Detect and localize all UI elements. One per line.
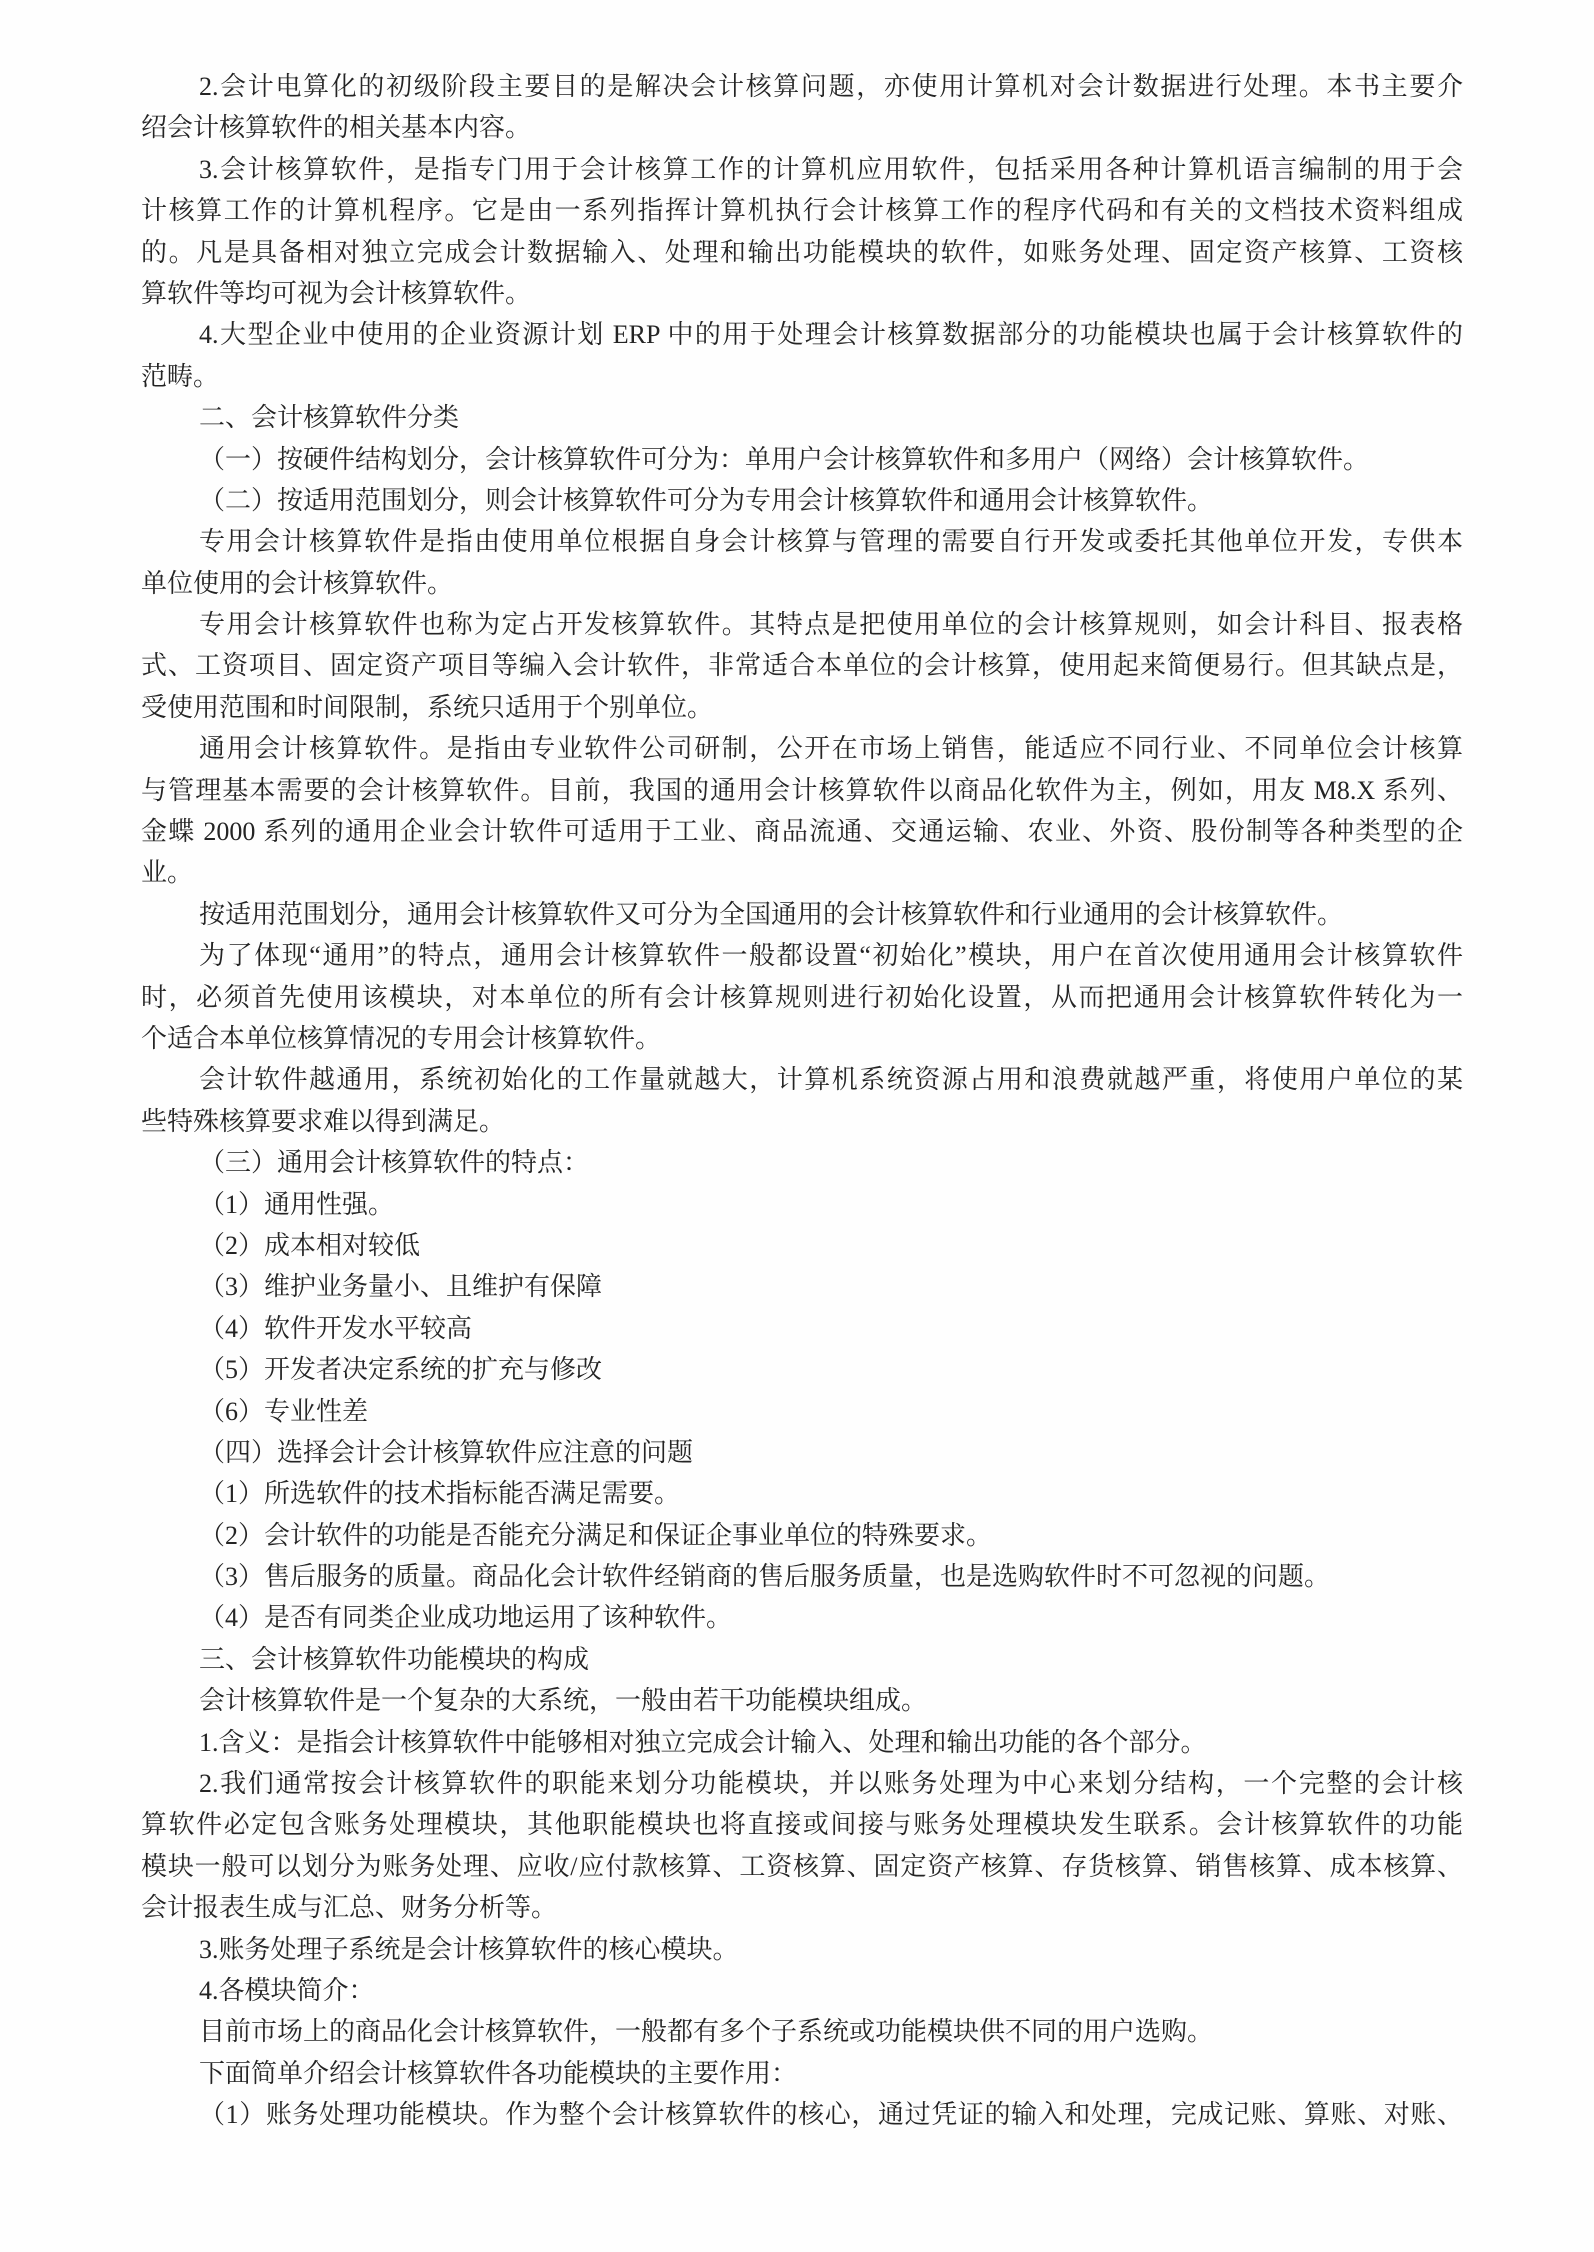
text-line: 与管理基本需要的会计核算软件。目前，我国的通用会计核算软件以商品化软件为主，例如… bbox=[141, 770, 1463, 811]
text-line: 2.我们通常按会计核算软件的职能来划分功能模块，并以账务处理为中心来划分结构，一… bbox=[141, 1763, 1463, 1804]
text-line: （4）软件开发水平较高 bbox=[141, 1308, 1463, 1349]
text-line: 1.含义：是指会计核算软件中能够相对独立完成会计输入、处理和输出功能的各个部分。 bbox=[141, 1722, 1463, 1763]
text-line: 会计软件越通用，系统初始化的工作量就越大，计算机系统资源占用和浪费就越严重，将使… bbox=[141, 1059, 1463, 1100]
text-line: 3.会计核算软件，是指专门用于会计核算工作的计算机应用软件，包括采用各种计算机语… bbox=[141, 149, 1463, 190]
text-line: 为了体现“通用”的特点，通用会计核算软件一般都设置“初始化”模块，用户在首次使用… bbox=[141, 935, 1463, 976]
text-line: 4.各模块简介： bbox=[141, 1970, 1463, 2011]
text-line: 目前市场上的商品化会计核算软件，一般都有多个子系统或功能模块供不同的用户选购。 bbox=[141, 2011, 1463, 2052]
text-line: 模块一般可以划分为账务处理、应收/应付款核算、工资核算、固定资产核算、存货核算、… bbox=[141, 1846, 1463, 1887]
text-line: 单位使用的会计核算软件。 bbox=[141, 563, 1463, 604]
text-line: 4.大型企业中使用的企业资源计划 ERP 中的用于处理会计核算数据部分的功能模块… bbox=[141, 314, 1463, 355]
text-line: 个适合本单位核算情况的专用会计核算软件。 bbox=[141, 1018, 1463, 1059]
text-line: （2）成本相对较低 bbox=[141, 1225, 1463, 1266]
text-line: （4）是否有同类企业成功地运用了该种软件。 bbox=[141, 1597, 1463, 1638]
text-line: 金蝶 2000 系列的通用企业会计软件可适用于工业、商品流通、交通运输、农业、外… bbox=[141, 811, 1463, 852]
text-line: （二）按适用范围划分，则会计核算软件可分为专用会计核算软件和通用会计核算软件。 bbox=[141, 480, 1463, 521]
text-line: 二、会计核算软件分类 bbox=[141, 397, 1463, 438]
text-line: （3）售后服务的质量。商品化会计软件经销商的售后服务质量，也是选购软件时不可忽视… bbox=[141, 1556, 1463, 1597]
text-line: 通用会计核算软件。是指由专业软件公司研制，公开在市场上销售，能适应不同行业、不同… bbox=[141, 728, 1463, 769]
text-line: （2）会计软件的功能是否能充分满足和保证企事业单位的特殊要求。 bbox=[141, 1515, 1463, 1556]
text-line: 三、会计核算软件功能模块的构成 bbox=[141, 1639, 1463, 1680]
text-line: 会计报表生成与汇总、财务分析等。 bbox=[141, 1887, 1463, 1928]
text-line: 范畴。 bbox=[141, 356, 1463, 397]
text-line: （1）所选软件的技术指标能否满足需要。 bbox=[141, 1473, 1463, 1514]
text-line: 会计核算软件是一个复杂的大系统，一般由若干功能模块组成。 bbox=[141, 1680, 1463, 1721]
text-line: 受使用范围和时间限制，系统只适用于个别单位。 bbox=[141, 687, 1463, 728]
text-line: （3）维护业务量小、且维护有保障 bbox=[141, 1266, 1463, 1307]
text-line: 2.会计电算化的初级阶段主要目的是解决会计核算问题，亦使用计算机对会计数据进行处… bbox=[141, 66, 1463, 107]
document-page: 2.会计电算化的初级阶段主要目的是解决会计核算问题，亦使用计算机对会计数据进行处… bbox=[0, 0, 1594, 2252]
text-line: 式、工资项目、固定资产项目等编入会计软件，非常适合本单位的会计核算，使用起来简便… bbox=[141, 645, 1463, 686]
document-text: 2.会计电算化的初级阶段主要目的是解决会计核算问题，亦使用计算机对会计数据进行处… bbox=[141, 66, 1463, 2136]
text-line: 算软件等均可视为会计核算软件。 bbox=[141, 273, 1463, 314]
text-line: （1）通用性强。 bbox=[141, 1184, 1463, 1225]
text-line: 下面简单介绍会计核算软件各功能模块的主要作用： bbox=[141, 2053, 1463, 2094]
text-line: （1）账务处理功能模块。作为整个会计核算软件的核心，通过凭证的输入和处理，完成记… bbox=[141, 2094, 1463, 2135]
text-line: 专用会计核算软件也称为定占开发核算软件。其特点是把使用单位的会计核算规则，如会计… bbox=[141, 604, 1463, 645]
text-line: 专用会计核算软件是指由使用单位根据自身会计核算与管理的需要自行开发或委托其他单位… bbox=[141, 521, 1463, 562]
text-line: 业。 bbox=[141, 852, 1463, 893]
text-line: 3.账务处理子系统是会计核算软件的核心模块。 bbox=[141, 1929, 1463, 1970]
text-line: 绍会计核算软件的相关基本内容。 bbox=[141, 107, 1463, 148]
text-line: （四）选择会计会计核算软件应注意的问题 bbox=[141, 1432, 1463, 1473]
text-line: 计核算工作的计算机程序。它是由一系列指挥计算机执行会计核算工作的程序代码和有关的… bbox=[141, 190, 1463, 231]
text-line: （6）专业性差 bbox=[141, 1391, 1463, 1432]
text-line: （三）通用会计核算软件的特点： bbox=[141, 1142, 1463, 1183]
text-line: 些特殊核算要求难以得到满足。 bbox=[141, 1101, 1463, 1142]
text-line: 时，必须首先使用该模块，对本单位的所有会计核算规则进行初始化设置，从而把通用会计… bbox=[141, 977, 1463, 1018]
text-line: 按适用范围划分，通用会计核算软件又可分为全国通用的会计核算软件和行业通用的会计核… bbox=[141, 894, 1463, 935]
text-line: 的。凡是具备相对独立完成会计数据输入、处理和输出功能模块的软件，如账务处理、固定… bbox=[141, 232, 1463, 273]
text-line: 算软件必定包含账务处理模块，其他职能模块也将直接或间接与账务处理模块发生联系。会… bbox=[141, 1804, 1463, 1845]
text-line: （5）开发者决定系统的扩充与修改 bbox=[141, 1349, 1463, 1390]
text-line: （一）按硬件结构划分，会计核算软件可分为：单用户会计核算软件和多用户（网络）会计… bbox=[141, 439, 1463, 480]
